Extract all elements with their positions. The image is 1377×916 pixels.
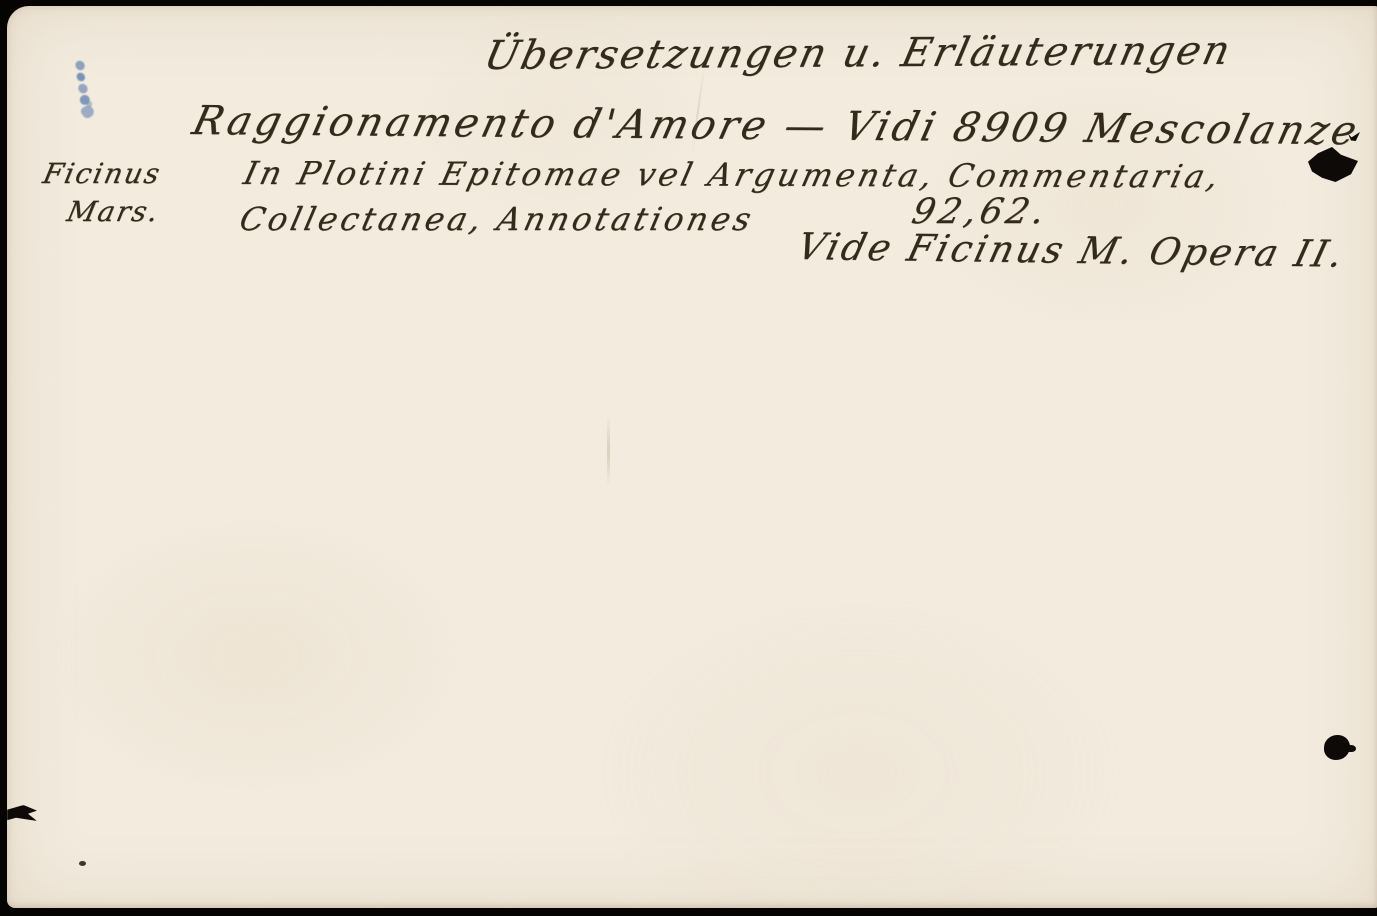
entry-title-line2: Collectanea, Annotationes (236, 200, 758, 238)
ink-dot-icon (1324, 735, 1350, 760)
margin-author-line2: Mars. (64, 195, 163, 228)
entry-title-line1: In Plotini Epitomae vel Argumenta, Comme… (240, 154, 1226, 195)
blue-ink-stamp-icon (52, 51, 127, 130)
ink-flick-icon (7, 805, 37, 821)
card-heading: Übersetzungen u. Erläuterungen (480, 28, 1237, 79)
catalog-card: Übersetzungen u. Erläuterungen Raggionam… (7, 6, 1377, 908)
paper-crease (607, 416, 610, 486)
reference-line: Vide Ficinus M. Opera II. (793, 225, 1350, 276)
margin-author-line1: Ficinus (40, 157, 164, 190)
crossref-line: Raggionamento d'Amore — Vidi 8909 Mescol… (188, 98, 1365, 154)
scan-background: Übersetzungen u. Erläuterungen Raggionam… (0, 0, 1377, 916)
ink-speck-icon (79, 861, 86, 866)
